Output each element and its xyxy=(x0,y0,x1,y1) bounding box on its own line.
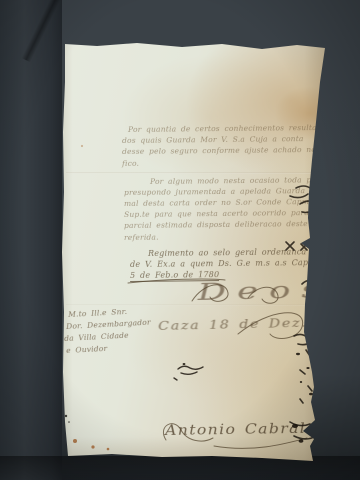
body-line: desse pelo seguro conforme ajuste achado… xyxy=(122,146,328,156)
signature: Antonio Cabral de M.o xyxy=(165,421,360,438)
fold-crease xyxy=(66,172,318,174)
body-line: Por algum modo nesta ocasiao toda proced… xyxy=(150,176,355,186)
manuscript-page: Por quantia de certos conhecimentos resu… xyxy=(62,42,328,462)
body-line: fico. xyxy=(122,160,139,168)
address-line: M.to Ill.e Snr. xyxy=(68,308,127,319)
place-date-line: Caza 18 de Dez.o xyxy=(158,316,318,332)
backdrop-left-shadow xyxy=(0,0,62,480)
fold-crease xyxy=(66,304,318,306)
closing-line: de V. Ex.a a quem Ds. G.e m.s a.s Capita… xyxy=(130,259,322,269)
body-line: Por quantia de certos conhecimentos resu… xyxy=(128,124,326,134)
body-line: Sup.te para que nesta acerto ocorrido pa… xyxy=(124,209,309,218)
closing-line: Regimento ao selo geral ordenanca xyxy=(148,248,306,258)
address-line: Dor. Dezembargador xyxy=(66,319,151,331)
address-line: e Ouvidor xyxy=(66,345,107,355)
body-line: parcial estimada disposta deliberacao de… xyxy=(124,220,308,229)
body-line: presupondo juramentada a apelada Guarda xyxy=(124,187,305,196)
valediction-flourish: Deos xyxy=(197,279,331,305)
body-line: mal desta carta order no S.or Conde Capm… xyxy=(124,198,312,207)
archive-photo: Por quantia de certos conhecimentos resu… xyxy=(0,0,360,480)
body-line: referida. xyxy=(124,234,159,242)
body-line: dos quais Guarda Mor V. S.a Cuja a conta xyxy=(122,135,304,144)
address-line: da Villa Cidade xyxy=(64,332,129,343)
